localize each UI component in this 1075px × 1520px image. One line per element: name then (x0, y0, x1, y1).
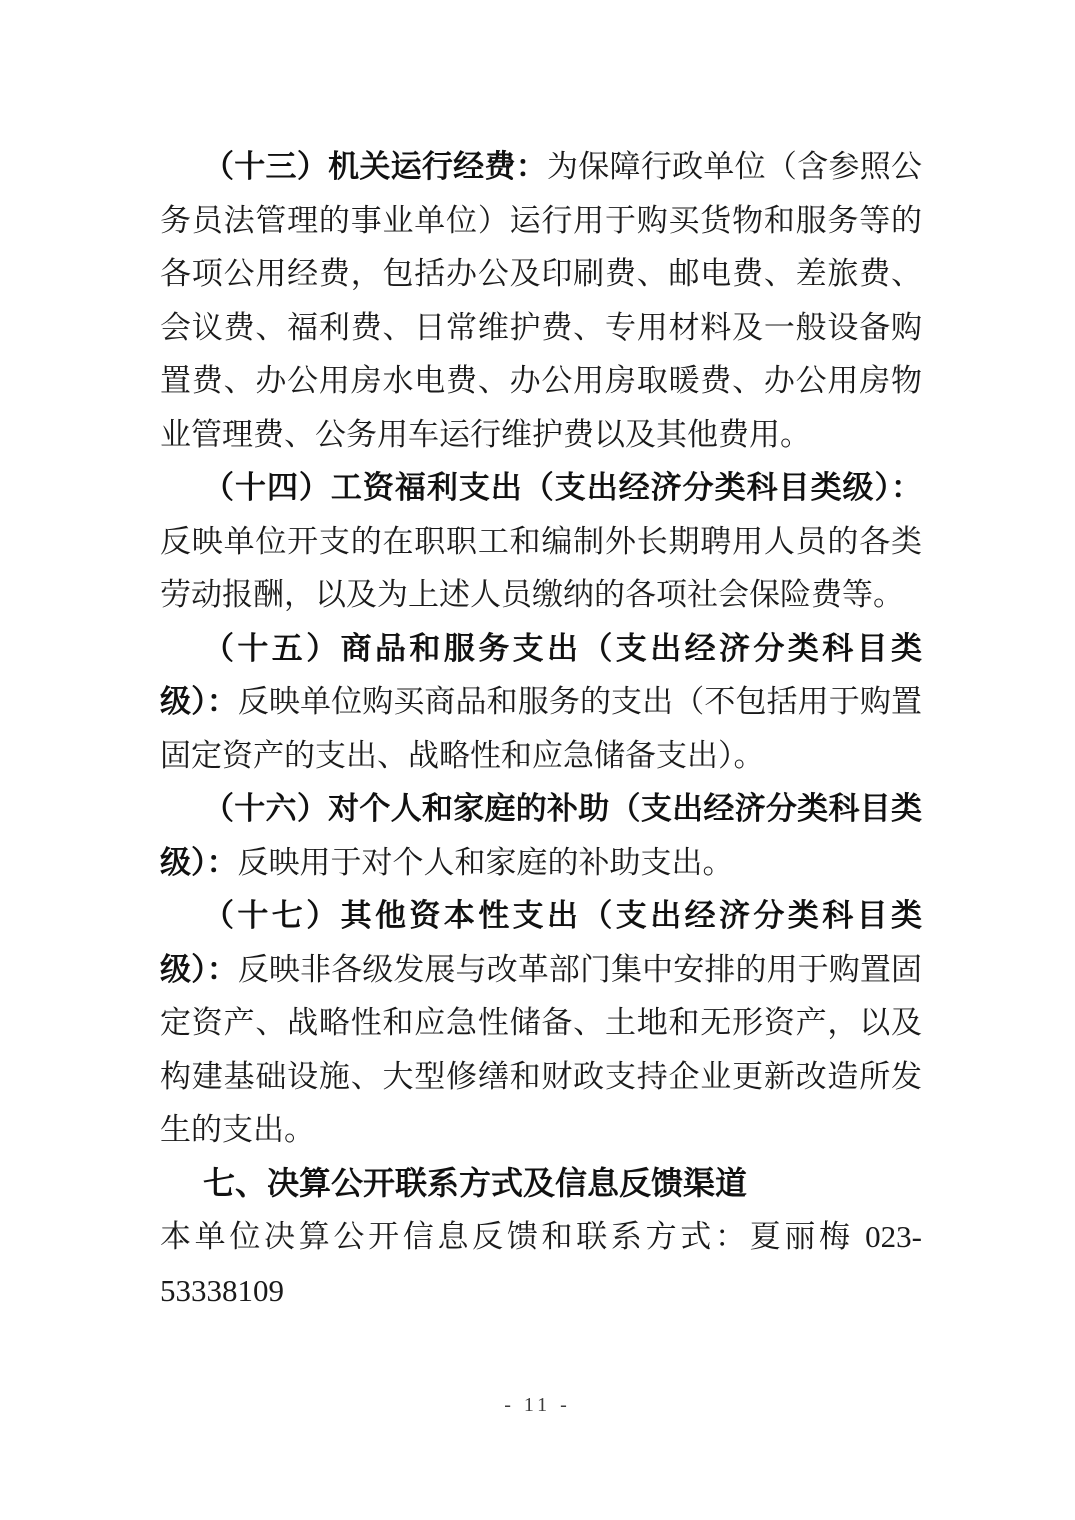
definition-paragraph-15: （十五）商品和服务支出（支出经济分类科目类级）：反映单位购买商品和服务的支出（不… (160, 622, 922, 783)
definition-paragraph-16: （十六）对个人和家庭的补助（支出经济分类科目类级）：反映用于对个人和家庭的补助支… (160, 782, 922, 889)
contact-line: 本单位决算公开信息反馈和联系方式：夏丽梅 023-53338109 (160, 1210, 922, 1317)
definition-text-15: 反映单位购买商品和服务的支出（不包括用于购置固定资产的支出、战略性和应急储备支出… (160, 684, 922, 773)
page-number: - 11 - (0, 1394, 1075, 1417)
definition-text-14: 反映单位开支的在职职工和编制外长期聘用人员的各类劳动报酬，以及为上述人员缴纳的各… (160, 524, 922, 613)
document-body: （十三）机关运行经费：为保障行政单位（含参照公务员法管理的事业单位）运行用于购买… (160, 140, 922, 1317)
definition-paragraph-14: （十四）工资福利支出（支出经济分类科目类级）：反映单位开支的在职职工和编制外长期… (160, 461, 922, 622)
definition-text-16: 反映用于对个人和家庭的补助支出。 (238, 845, 734, 880)
definition-paragraph-13: （十三）机关运行经费：为保障行政单位（含参照公务员法管理的事业单位）运行用于购买… (160, 140, 922, 461)
definition-term-13: （十三）机关运行经费： (203, 149, 547, 184)
definition-text-13: 为保障行政单位（含参照公务员法管理的事业单位）运行用于购买货物和服务等的各项公用… (160, 149, 922, 452)
definition-term-14: （十四）工资福利支出（支出经济分类科目类级）： (203, 470, 922, 505)
definition-paragraph-17: （十七）其他资本性支出（支出经济分类科目类级）：反映非各级发展与改革部门集中安排… (160, 889, 922, 1157)
definition-text-17: 反映非各级发展与改革部门集中安排的用于购置固定资产、战略性和应急性储备、土地和无… (160, 952, 922, 1148)
section-heading: 七、决算公开联系方式及信息反馈渠道 (160, 1157, 922, 1211)
document-page: （十三）机关运行经费：为保障行政单位（含参照公务员法管理的事业单位）运行用于购买… (0, 0, 1075, 1520)
